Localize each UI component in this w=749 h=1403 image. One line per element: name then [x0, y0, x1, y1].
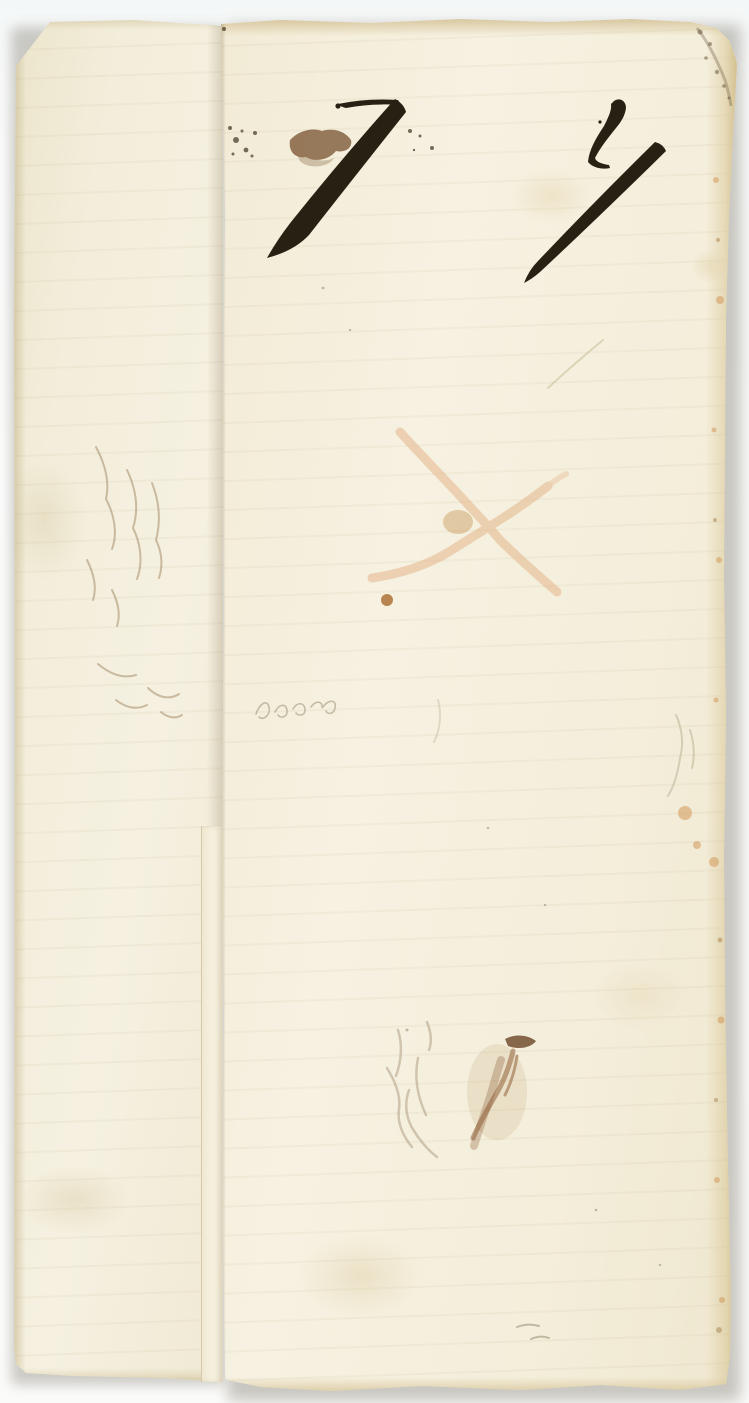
left-leaf-edge-step [201, 826, 223, 1382]
letter-folded-front [221, 16, 740, 1397]
photo-backdrop [0, 0, 749, 1403]
letter-left-leaf [14, 20, 223, 1382]
